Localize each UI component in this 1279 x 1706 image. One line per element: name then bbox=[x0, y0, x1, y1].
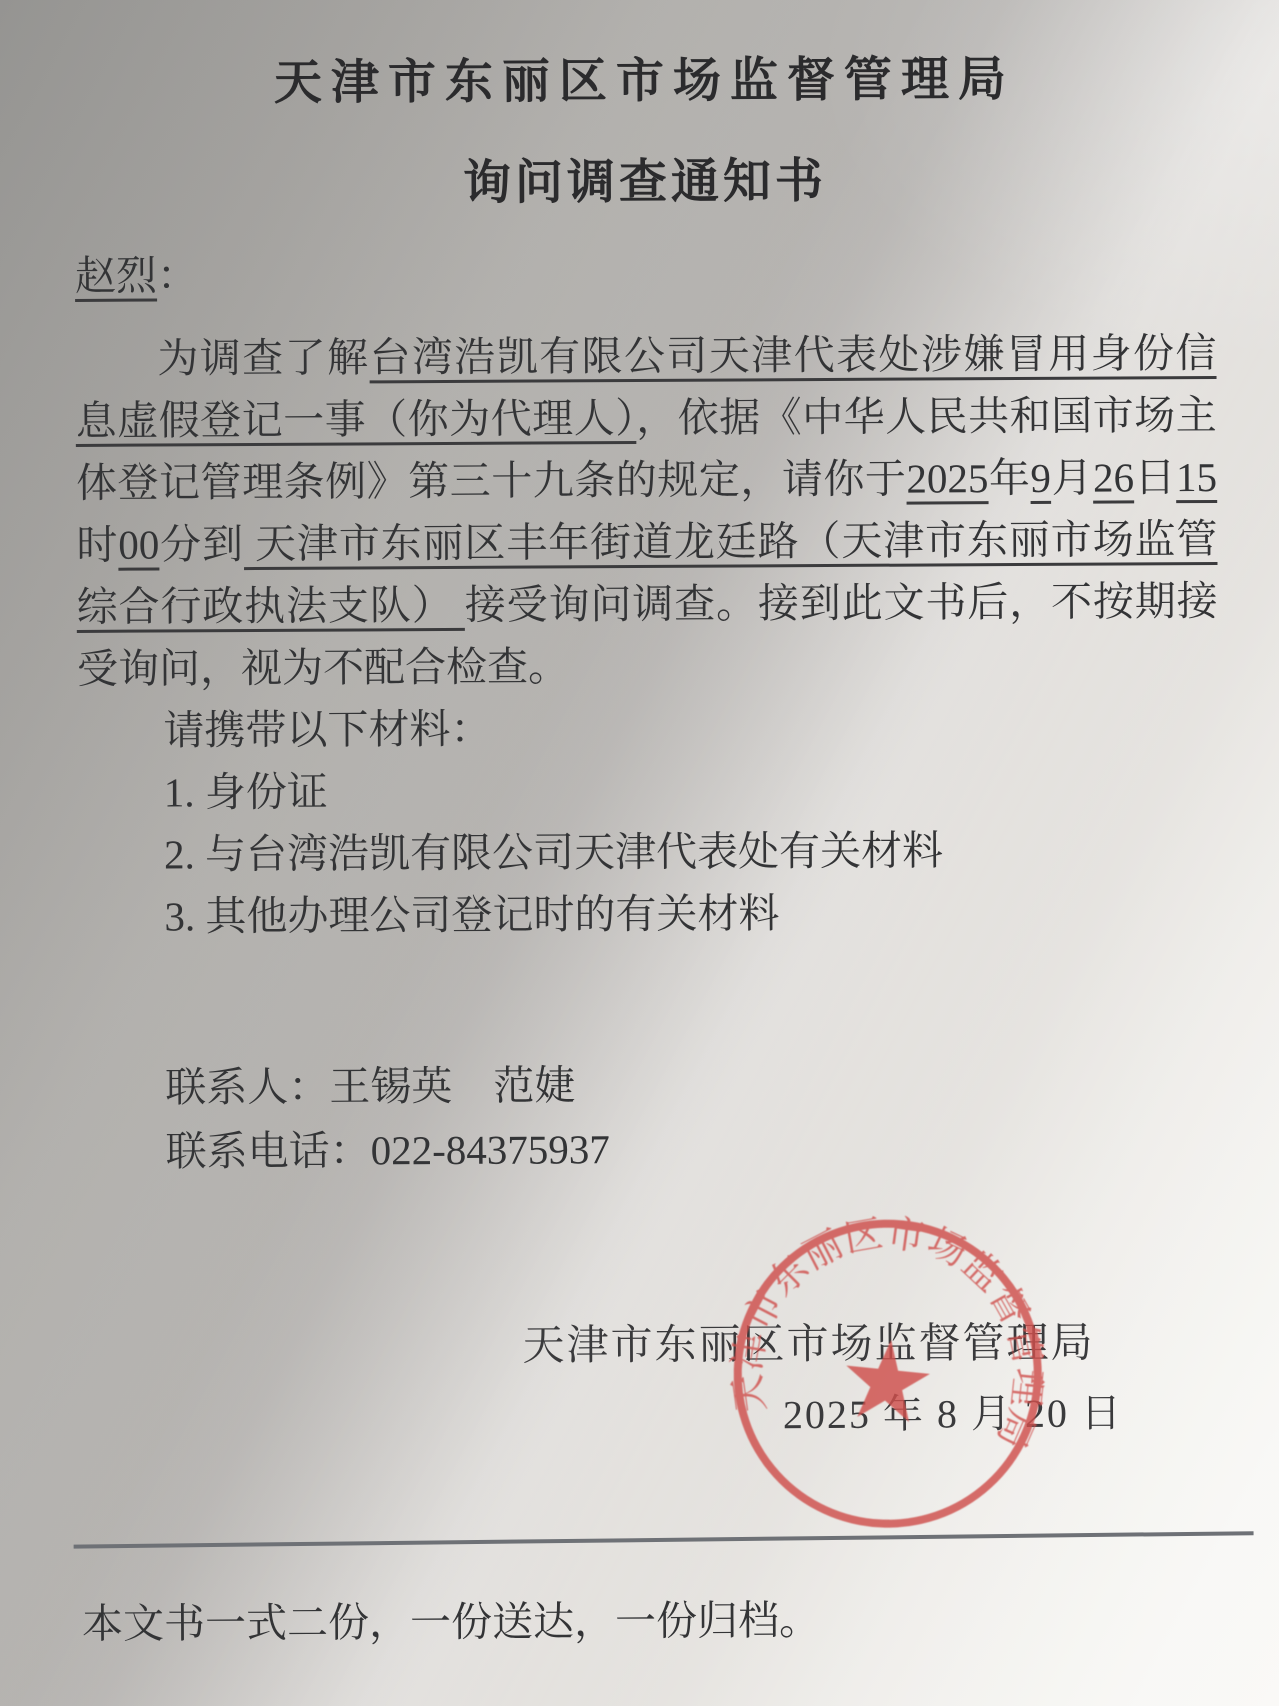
salutation-line: 赵烈： bbox=[75, 237, 1216, 302]
notice-document: 天津市东丽区市场监督管理局 询问调查通知书 赵烈： 为调查了解台湾浩凯有限公司天… bbox=[0, 0, 1279, 1706]
contact-person-label: 联系人： bbox=[165, 1064, 329, 1111]
materials-intro: 请携带以下材料： bbox=[77, 694, 1218, 762]
issuing-authority-title: 天津市东丽区市场监督管理局 bbox=[74, 39, 1215, 114]
official-seal-icon: 天津市东丽区市场监督管理局 bbox=[709, 1195, 1066, 1552]
contact-person-names: 王锡英 范婕 bbox=[329, 1062, 575, 1109]
contact-block: 联系人：王锡英 范婕 联系电话：022-84375937 bbox=[79, 1050, 1221, 1184]
underlined-text-segment: 2025 bbox=[906, 455, 988, 501]
addressee-name: 赵烈 bbox=[75, 253, 157, 299]
material-item: 2. 与台湾浩凯有限公司天津代表处有关材料 bbox=[78, 818, 1219, 886]
signature-organization: 天津市东丽区市场监督管理局 bbox=[328, 1309, 1279, 1374]
underlined-text-segment: 15 bbox=[1176, 454, 1217, 500]
notice-body-paragraph: 为调查了解台湾浩凯有限公司天津代表处涉嫌冒用身份信息虚假登记一事（你为代理人），… bbox=[75, 322, 1218, 700]
material-item: 1. 身份证 bbox=[78, 756, 1219, 824]
contact-person-line: 联系人：王锡英 范婕 bbox=[79, 1050, 1220, 1120]
document-type-title: 询问调查通知书 bbox=[74, 140, 1215, 215]
text-segment: 日 bbox=[1134, 454, 1176, 500]
text-segment: 为调查了解 bbox=[157, 334, 369, 381]
salutation-colon: ： bbox=[157, 252, 198, 298]
contact-phone-number: 022-84375937 bbox=[371, 1126, 610, 1173]
contact-phone-label: 联系电话： bbox=[166, 1127, 371, 1174]
text-segment: 分到 bbox=[159, 521, 244, 567]
text-segment: 时 bbox=[76, 522, 118, 568]
materials-list: 1. 身份证 2. 与台湾浩凯有限公司天津代表处有关材料 3. 其他办理公司登记… bbox=[78, 756, 1220, 948]
footer-note: 本文书一式二份，一份送达，一份归档。 bbox=[82, 1587, 820, 1650]
document-photo: 天津市东丽区市场监督管理局 询问调查通知书 赵烈： 为调查了解台湾浩凯有限公司天… bbox=[0, 0, 1279, 1706]
underlined-text-segment: 26 bbox=[1093, 454, 1134, 500]
text-segment: 月 bbox=[1051, 455, 1093, 501]
divider-line bbox=[74, 1531, 1254, 1548]
underlined-text-segment: 00 bbox=[118, 522, 159, 568]
signature-date: 2025 年 8 月 20 日 bbox=[473, 1380, 1279, 1442]
material-item: 3. 其他办理公司登记时的有关材料 bbox=[78, 880, 1219, 948]
contact-phone-line: 联系电话：022-84375937 bbox=[79, 1114, 1220, 1184]
text-segment: 年 bbox=[988, 455, 1030, 501]
seal-ring bbox=[724, 1210, 1052, 1538]
underlined-text-segment: 9 bbox=[1030, 455, 1051, 501]
